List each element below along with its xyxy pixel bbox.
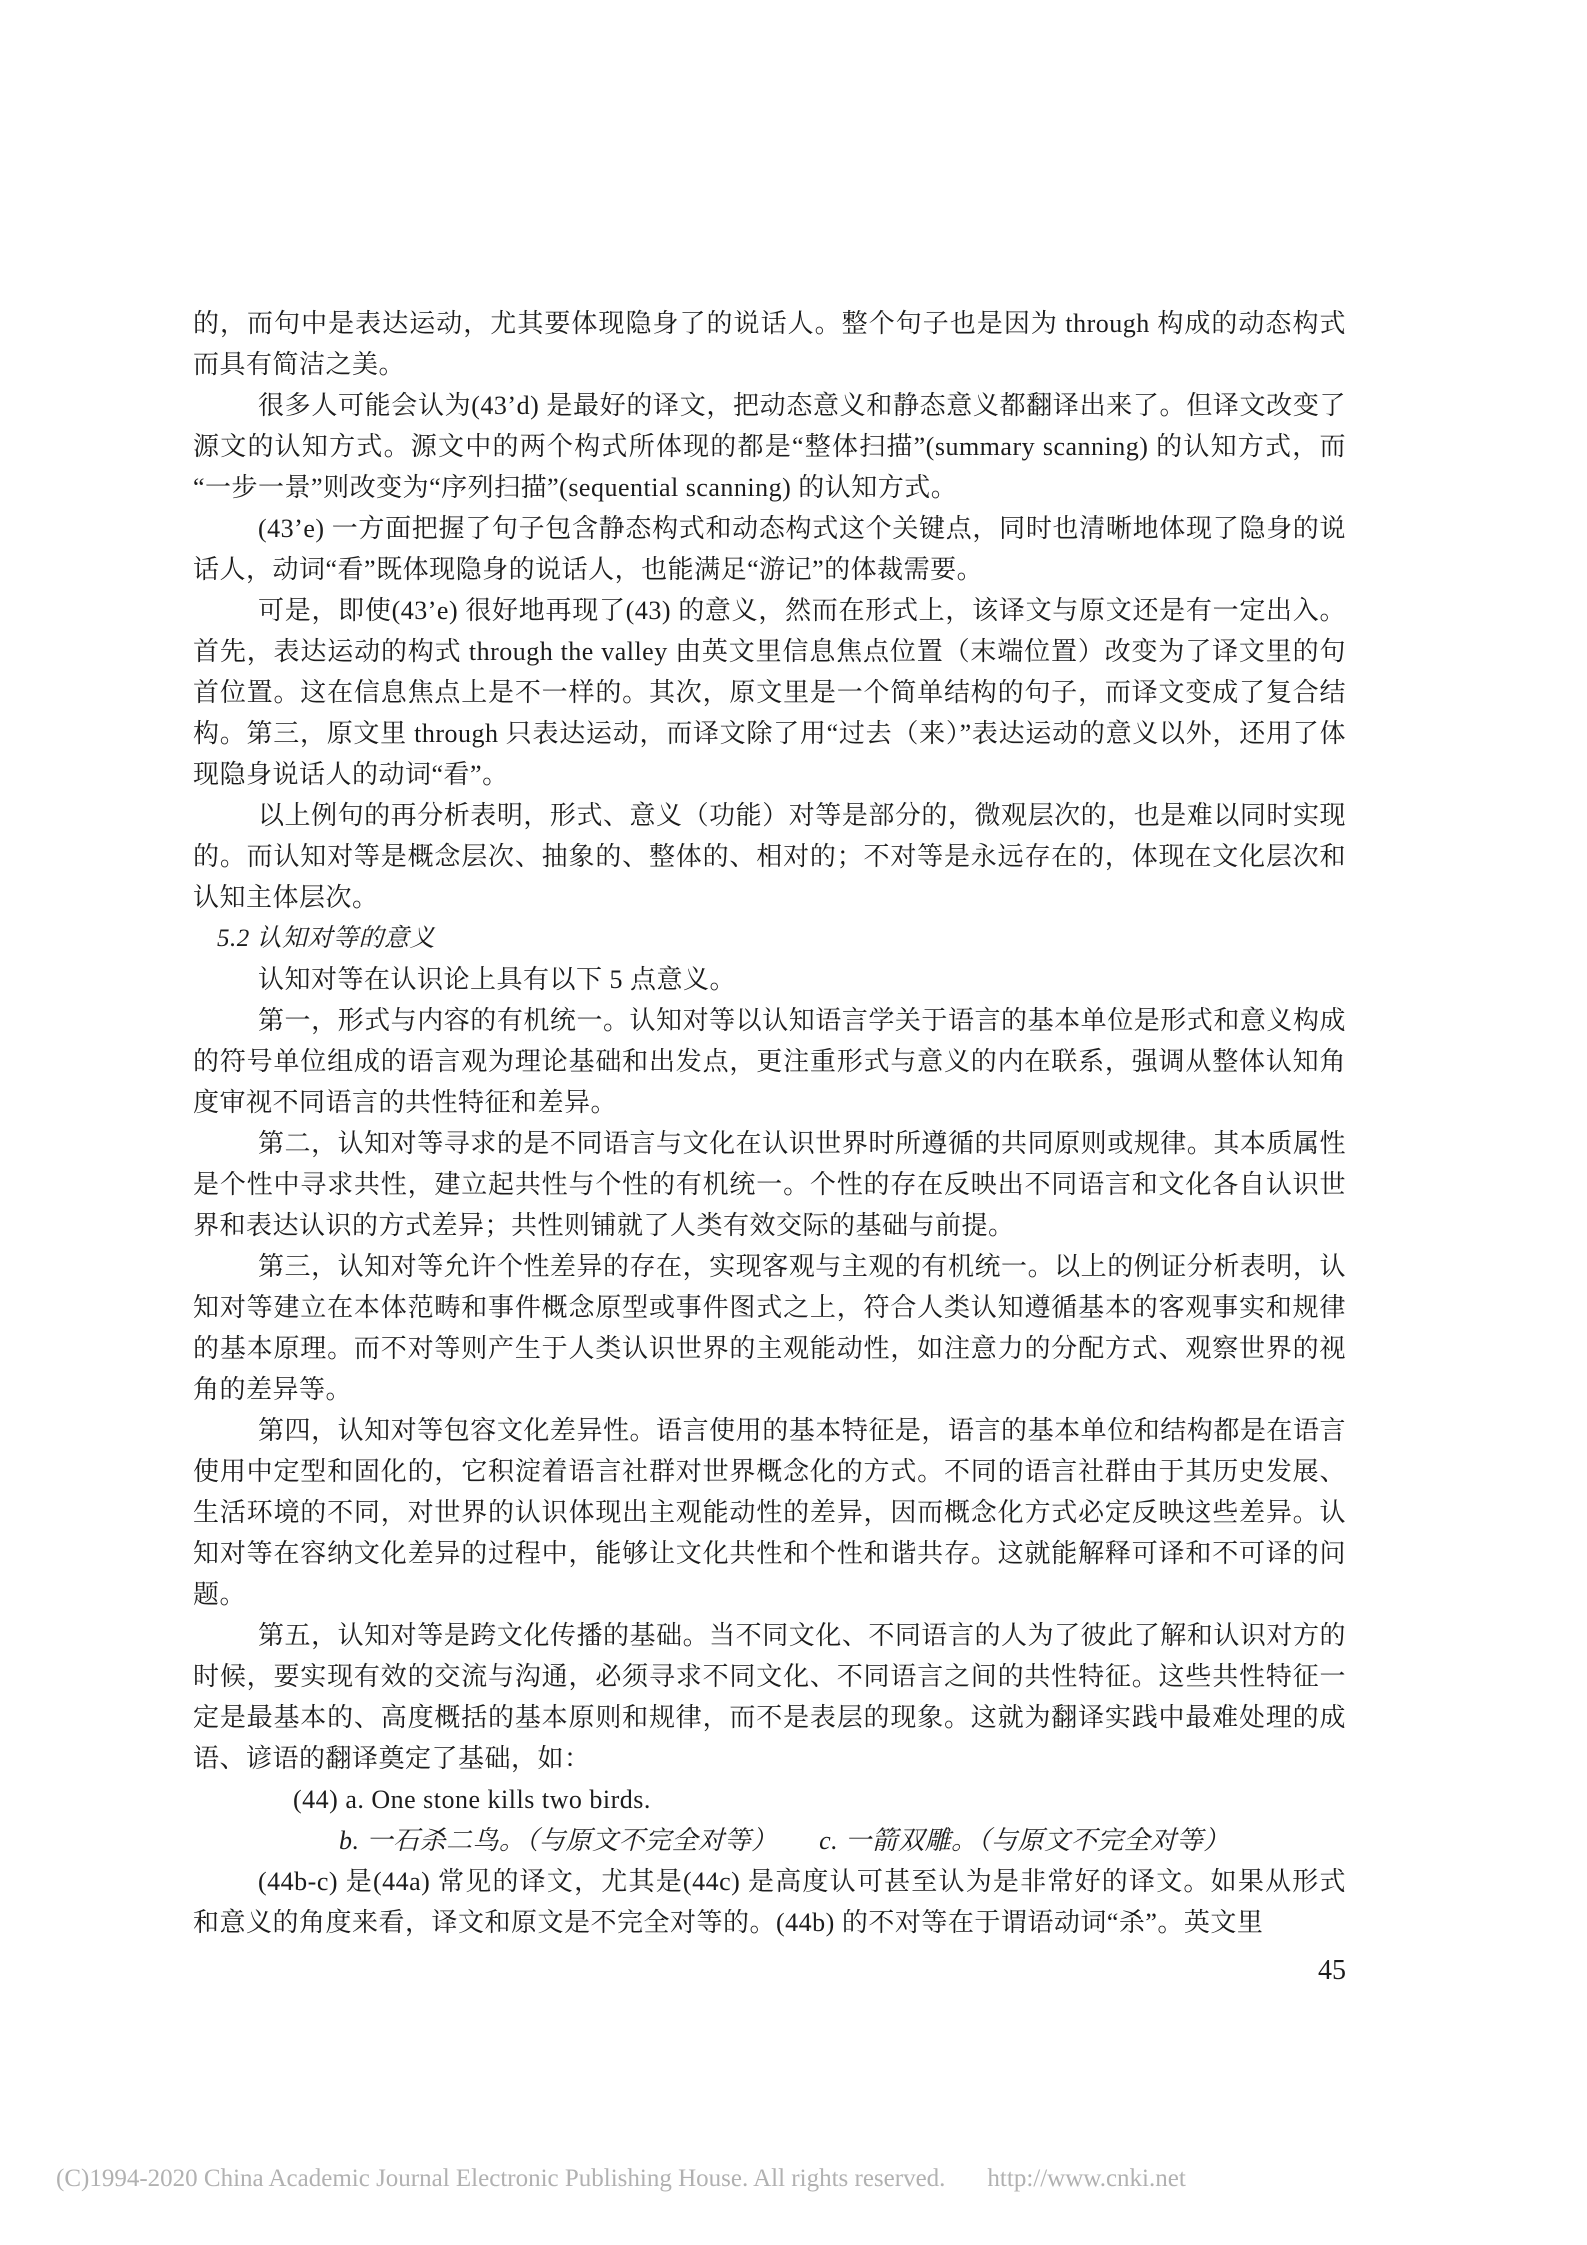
paragraph-fourth-point: 第四，认知对等包容文化差异性。语言使用的基本特征是，语言的基本单位和结构都是在语…: [193, 1410, 1346, 1615]
paragraph-first-point: 第一，形式与内容的有机统一。认知对等以认知语言学关于语言的基本单位是形式和意义构…: [193, 1000, 1346, 1123]
footer-copyright: (C)1994-2020 China Academic Journal Elec…: [56, 2165, 945, 2192]
paragraph-44bc-analysis: (44b-c) 是(44a) 常见的译文，尤其是(44c) 是高度认可甚至认为是…: [193, 1861, 1346, 1943]
paragraph-continuation: 的，而句中是表达运动，尤其要体现隐身了的说话人。整个句子也是因为 through…: [193, 303, 1346, 385]
paragraph-five-points: 认知对等在认识论上具有以下 5 点意义。: [193, 959, 1346, 1000]
example-44a: (44) a. One stone kills two birds.: [193, 1779, 1346, 1820]
page-number: 45: [0, 1950, 1346, 1991]
paragraph-reanalysis: 以上例句的再分析表明，形式、意义（功能）对等是部分的，微观层次的，也是难以同时实…: [193, 795, 1346, 918]
paragraph-43e: (43’e) 一方面把握了句子包含静态构式和动态构式这个关键点，同时也清晰地体现…: [193, 508, 1346, 590]
footer-url: http://www.cnki.net: [987, 2165, 1185, 2192]
article-body: 的，而句中是表达运动，尤其要体现隐身了的说话人。整个句子也是因为 through…: [193, 303, 1346, 1943]
section-heading-5-2: 5.2 认知对等的意义: [193, 918, 1346, 959]
paragraph-fifth-point: 第五，认知对等是跨文化传播的基础。当不同文化、不同语言的人为了彼此了解和认识对方…: [193, 1615, 1346, 1779]
paragraph-second-point: 第二，认知对等寻求的是不同语言与文化在认识世界时所遵循的共同原则或规律。其本质属…: [193, 1123, 1346, 1246]
page-footer: (C)1994-2020 China Academic Journal Elec…: [56, 2163, 1186, 2195]
example-44bc: b. 一石杀二鸟。（与原文不完全对等）c. 一箭双雕。（与原文不完全对等）: [193, 1820, 1346, 1861]
example-44b: b. 一石杀二鸟。（与原文不完全对等）: [339, 1826, 778, 1855]
paragraph-best-translation: 很多人可能会认为(43’d) 是最好的译文，把动态意义和静态意义都翻译出来了。但…: [193, 385, 1346, 508]
document-page: 的，而句中是表达运动，尤其要体现隐身了的说话人。整个句子也是因为 through…: [0, 0, 1587, 2245]
paragraph-third-point: 第三，认知对等允许个性差异的存在，实现客观与主观的有机统一。以上的例证分析表明，…: [193, 1246, 1346, 1410]
example-44c: c. 一箭双雕。（与原文不完全对等）: [819, 1826, 1230, 1855]
paragraph-differences: 可是，即使(43’e) 很好地再现了(43) 的意义，然而在形式上，该译文与原文…: [193, 590, 1346, 795]
